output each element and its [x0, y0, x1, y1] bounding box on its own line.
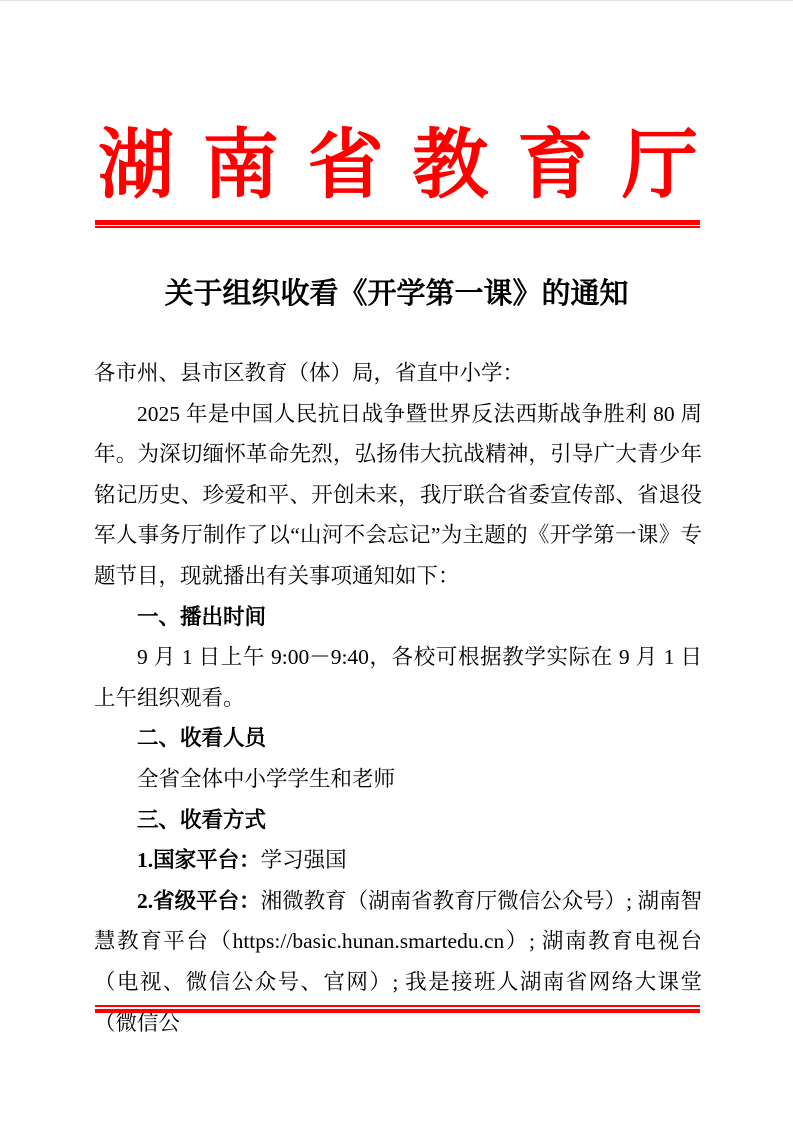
item2-label: 2.省级平台： [137, 889, 261, 913]
agency-char: 省 [308, 128, 384, 204]
item1-label: 1.国家平台： [137, 848, 261, 872]
intro-paragraph: 2025 年是中国人民抗日战争暨世界反法西斯战争胜利 80 周年。为深切缅怀革命… [94, 394, 702, 597]
item1-text: 学习强国 [261, 848, 347, 872]
letterhead-agency-name: 湖 南 省 教 育 厅 [98, 128, 698, 204]
document-page: { "colors": { "accent_red": "#ff0000", "… [0, 0, 793, 1122]
section3-heading: 三、收看方式 [94, 800, 702, 841]
rule-thin-bar [95, 226, 700, 228]
section3-item1: 1.国家平台：学习强国 [94, 840, 702, 881]
page-top-edge [0, 0, 793, 1]
section2-heading: 二、收看人员 [94, 718, 702, 759]
document-title: 关于组织收看《开学第一课》的通知 [0, 272, 793, 316]
section1-heading: 一、播出时间 [94, 597, 702, 638]
document-body: 各市州、县市区教育（体）局，省直中小学： 2025 年是中国人民抗日战争暨世界反… [94, 353, 702, 1043]
salutation: 各市州、县市区教育（体）局，省直中小学： [94, 353, 702, 394]
section3-item2: 2.省级平台：湘微教育（湖南省教育厅微信公众号）; 湖南智慧教育平台（https… [94, 881, 702, 1043]
agency-char: 厅 [622, 128, 698, 204]
agency-char: 教 [412, 128, 488, 204]
agency-char: 湖 [98, 128, 174, 204]
section2-paragraph: 全省全体中小学学生和老师 [94, 759, 702, 800]
footer-double-rule [95, 1005, 700, 1013]
agency-char: 南 [203, 128, 279, 204]
rule-thick-bar [95, 1009, 700, 1014]
section1-paragraph: 9 月 1 日上午 9:00－9:40，各校可根据教学实际在 9 月 1 日上午… [94, 637, 702, 718]
agency-char: 育 [517, 128, 593, 204]
letterhead-double-rule [95, 220, 700, 228]
